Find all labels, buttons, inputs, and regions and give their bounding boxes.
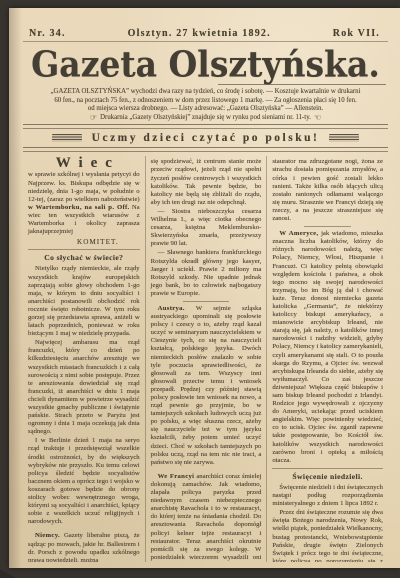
banner-row: Uczmy dzieci czytać po polsku! xyxy=(23,131,388,145)
column-divider xyxy=(183,301,229,302)
paragraph-text: W sejmie szląska austryackiego upominali… xyxy=(151,305,262,466)
banner-ornament-left-icon xyxy=(52,134,82,142)
banner-top-rule xyxy=(23,124,388,129)
paragraph-bold-text: w Wartemborku, na sali p. Off. xyxy=(28,204,129,211)
imprint-line: od miejsca wiersza drobnego. — Listy adr… xyxy=(23,105,388,114)
section-heading-world-news: Co słychać w świecie? xyxy=(28,254,140,262)
paragraph-austrya: Austrya. W sejmie szląska austryackiego … xyxy=(151,305,262,467)
scanner-background: Nr. 34. Olsztyn. 27 kwietnia 1892. Rok V… xyxy=(0,0,400,578)
paragraph-ameryce: W Ameryce, jak wiadomo, mieszka znaczna … xyxy=(272,230,383,465)
paragraph: Święcenie niedzieli i dni świątecznych n… xyxy=(272,484,383,508)
paragraph-lead: W Ameryce, xyxy=(279,230,318,237)
imprint-block: „GAZETA OLSZTYŃSKA” wychodzi dwa razy na… xyxy=(23,88,388,122)
newspaper-page: Nr. 34. Olsztyn. 27 kwietnia 1892. Rok V… xyxy=(9,8,400,568)
column-left: Wiec w sprawie szkólnej i wysłania petyc… xyxy=(23,156,145,562)
header-row: Nr. 34. Olsztyn. 27 kwietnia 1892. Rok V… xyxy=(23,28,388,42)
paragraph: Przez dni świąteczne rozumie się dwa świ… xyxy=(272,509,383,562)
imprint-printer-line: ☞Drukarnia „Gazety Olsztyńskiej” znajduj… xyxy=(23,114,388,123)
paragraph-lead: Niemcy. xyxy=(35,532,60,539)
manicule-left-icon: ☜ xyxy=(311,113,324,122)
section-heading-sunday-observance: Święcenie niedzieli. xyxy=(272,473,383,481)
banner-bottom-rule xyxy=(23,147,388,152)
slogan-banner: Uczmy dzieci czytać po polsku! xyxy=(23,124,388,152)
paragraph: I w Berlinie dzień 1 maja na seryo rząd … xyxy=(28,437,140,526)
banner-ornament-right-icon xyxy=(329,134,359,142)
paragraph-wiec: w sprawie szkólnej i wysłania petycyi do… xyxy=(28,171,140,236)
printer-address: Drukarnia „Gazety Olsztyńskiej” znajduje… xyxy=(100,114,311,121)
dateline: Olsztyn. 27 kwietnia 1892. xyxy=(128,28,271,39)
column-middle: się spodziewać, iż centrum stanie może p… xyxy=(145,156,267,562)
paragraph-text: jak wiadomo, mieszka znaczna liczba kato… xyxy=(272,230,383,464)
manicule-right-icon: ☞ xyxy=(87,113,100,122)
paragraph: Nietylko rządy niemieckie, ale rządy wsz… xyxy=(28,265,140,338)
article-columns: Wiec w sprawie szkólnej i wysłania petyc… xyxy=(23,156,388,562)
imprint-line: 60 fen., na pocztach 75 fen., z odnoszen… xyxy=(23,97,388,106)
paragraph-niemcy: Niemcy. Gazety liberalne piszą, że sądzą… xyxy=(28,532,140,562)
paragraph-text: anarchiści coraz śmielej dokonują zamach… xyxy=(151,473,262,563)
signature-komitet: KOMITET. xyxy=(28,238,140,246)
column-divider xyxy=(272,468,383,469)
slogan-text: Uczmy dzieci czytać po polsku! xyxy=(92,132,320,144)
paragraph-francyi: We Francyi anarchiści coraz śmielej doko… xyxy=(151,473,262,563)
page-corner-fold xyxy=(0,567,16,578)
paragraph-text: w sprawie szkólnej i wysłania petycyi do… xyxy=(28,171,140,202)
issue-number: Nr. 34. xyxy=(29,28,66,39)
paragraph-continuation: staurator ma zdruzgotane nogi, żona ze s… xyxy=(272,158,383,223)
masthead-title: Gazeta Olsztyńska. xyxy=(23,43,388,85)
paragraph-lead: We Francyi xyxy=(158,473,195,480)
imprint-line: „GAZETA OLSZTYŃSKA” wychodzi dwa razy na… xyxy=(23,88,388,97)
paragraph: — Siostra nieboszczyka cesarza Wilhelma … xyxy=(151,208,262,248)
paragraph-lead: Austrya. xyxy=(158,305,185,312)
paragraph: — Sławnego bankiera frankfurckiego Rotsz… xyxy=(151,249,262,298)
article-headline-wiec: Wiec xyxy=(28,159,140,167)
paragraph: Najwięcej ambarasu ma rząd francuzki, kt… xyxy=(28,339,140,436)
column-right: staurator ma zdruzgotane nogi, żona ze s… xyxy=(266,156,388,562)
paragraph-continuation: się spodziewać, iż centrum stanie może p… xyxy=(151,158,262,207)
column-divider xyxy=(28,249,140,250)
column-divider xyxy=(304,226,350,227)
volume-number: Rok VII. xyxy=(333,28,380,39)
